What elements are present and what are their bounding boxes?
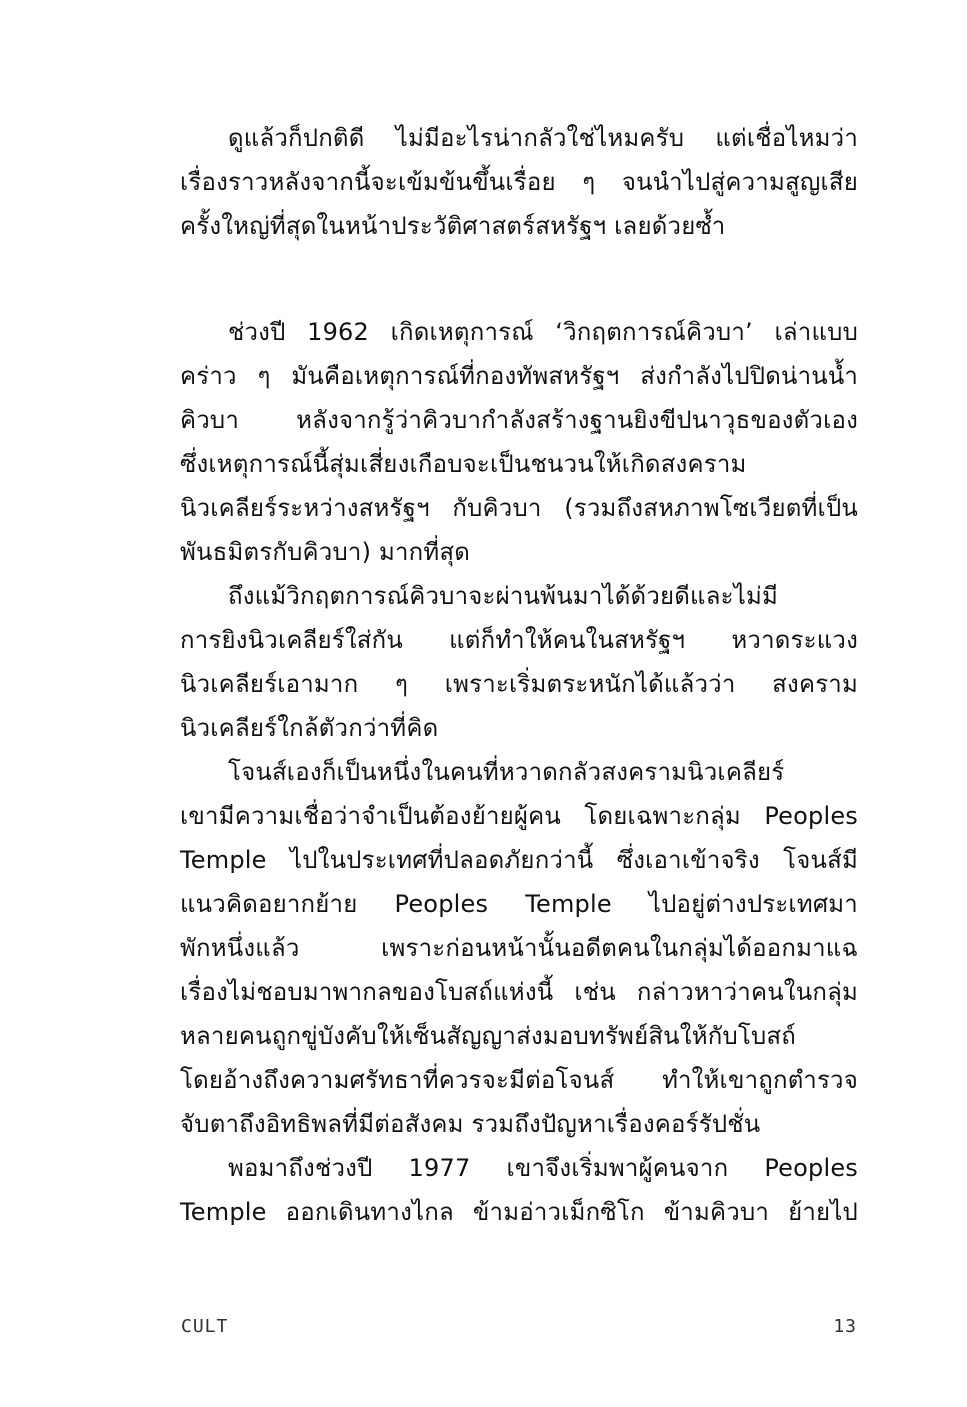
text-line: ช่วงปี 1962 เกิดเหตุการณ์ ‘วิกฤตการณ์คิว…	[180, 310, 858, 354]
text-line: โดยอ้างถึงความศรัทธาที่ควรจะมีต่อโจนส์ ท…	[180, 1058, 858, 1102]
paragraph: ดูแล้วก็ปกติดี ไม่มีอะไรน่ากลัวใช่ไหมครั…	[180, 116, 858, 248]
text-line: การยิงนิวเคลียร์ใส่กัน แต่ก็ทำให้คนในสหร…	[180, 618, 858, 662]
paragraph-spacer	[180, 248, 858, 292]
text-line: ครั้งใหญ่ที่สุดในหน้าประวัติศาสตร์สหรัฐฯ…	[180, 204, 858, 248]
paragraph: โจนส์เองก็เป็นหนึ่งในคนที่หวาดกลัวสงคราม…	[180, 750, 858, 1146]
text-line: คร่าว ๆ มันคือเหตุการณ์ที่กองทัพสหรัฐฯ ส…	[180, 354, 858, 398]
paragraph: ช่วงปี 1962 เกิดเหตุการณ์ ‘วิกฤตการณ์คิว…	[180, 310, 858, 574]
text-line: ซึ่งเหตุการณ์นี้สุ่มเสี่ยงเกือบจะเป็นชนว…	[180, 442, 858, 486]
text-line: พันธมิตรกับคิวบา) มากที่สุด	[180, 530, 858, 574]
text-line: เขามีความเชื่อว่าจำเป็นต้องย้ายผู้คน โดย…	[180, 794, 858, 838]
text-line: พอมาถึงช่วงปี 1977 เขาจึงเริ่มพาผู้คนจาก…	[180, 1146, 858, 1190]
paragraph: พอมาถึงช่วงปี 1977 เขาจึงเริ่มพาผู้คนจาก…	[180, 1146, 858, 1234]
text-line: Temple ออกเดินทางไกล ข้ามอ่าวเม็กซิโก ข้…	[180, 1190, 858, 1234]
paragraph-spacer	[180, 292, 858, 310]
text-line: พักหนึ่งแล้ว เพราะก่อนหน้านั้นอดีตคนในกล…	[180, 926, 858, 970]
text-line: Temple ไปในประเทศที่ปลอดภัยกว่านี้ ซึ่งเ…	[180, 838, 858, 882]
page-body: ดูแล้วก็ปกติดี ไม่มีอะไรน่ากลัวใช่ไหมครั…	[180, 116, 858, 1234]
text-line: คิวบา หลังจากรู้ว่าคิวบากำลังสร้างฐานยิง…	[180, 398, 858, 442]
page-number: 13	[833, 1316, 857, 1337]
text-line: เรื่องราวหลังจากนี้จะเข้มข้นขึ้นเรื่อย ๆ…	[180, 160, 858, 204]
text-line: ถึงแม้วิกฤตการณ์คิวบาจะผ่านพ้นมาได้ด้วยด…	[180, 574, 858, 618]
text-line: เรื่องไม่ชอบมาพากลของโบสถ์แห่งนี้ เช่น ก…	[180, 970, 858, 1014]
text-line: หลายคนถูกขู่บังคับให้เซ็นสัญญาส่งมอบทรัพ…	[180, 1014, 858, 1058]
text-line: นิวเคลียร์เอามาก ๆ เพราะเริ่มตระหนักได้แ…	[180, 662, 858, 706]
text-line: จับตาถึงอิทธิพลที่มีต่อสังคม รวมถึงปัญหา…	[180, 1102, 858, 1146]
paragraph: ถึงแม้วิกฤตการณ์คิวบาจะผ่านพ้นมาได้ด้วยด…	[180, 574, 858, 750]
text-line: โจนส์เองก็เป็นหนึ่งในคนที่หวาดกลัวสงคราม…	[180, 750, 858, 794]
text-line: นิวเคลียร์ใกล้ตัวกว่าที่คิด	[180, 706, 858, 750]
page-footer: CULT 13	[181, 1316, 857, 1340]
text-line: แนวคิดอยากย้าย Peoples Temple ไปอยู่ต่าง…	[180, 882, 858, 926]
text-line: ดูแล้วก็ปกติดี ไม่มีอะไรน่ากลัวใช่ไหมครั…	[180, 116, 858, 160]
text-line: นิวเคลียร์ระหว่างสหรัฐฯ กับคิวบา (รวมถึง…	[180, 486, 858, 530]
running-title: CULT	[181, 1316, 228, 1337]
